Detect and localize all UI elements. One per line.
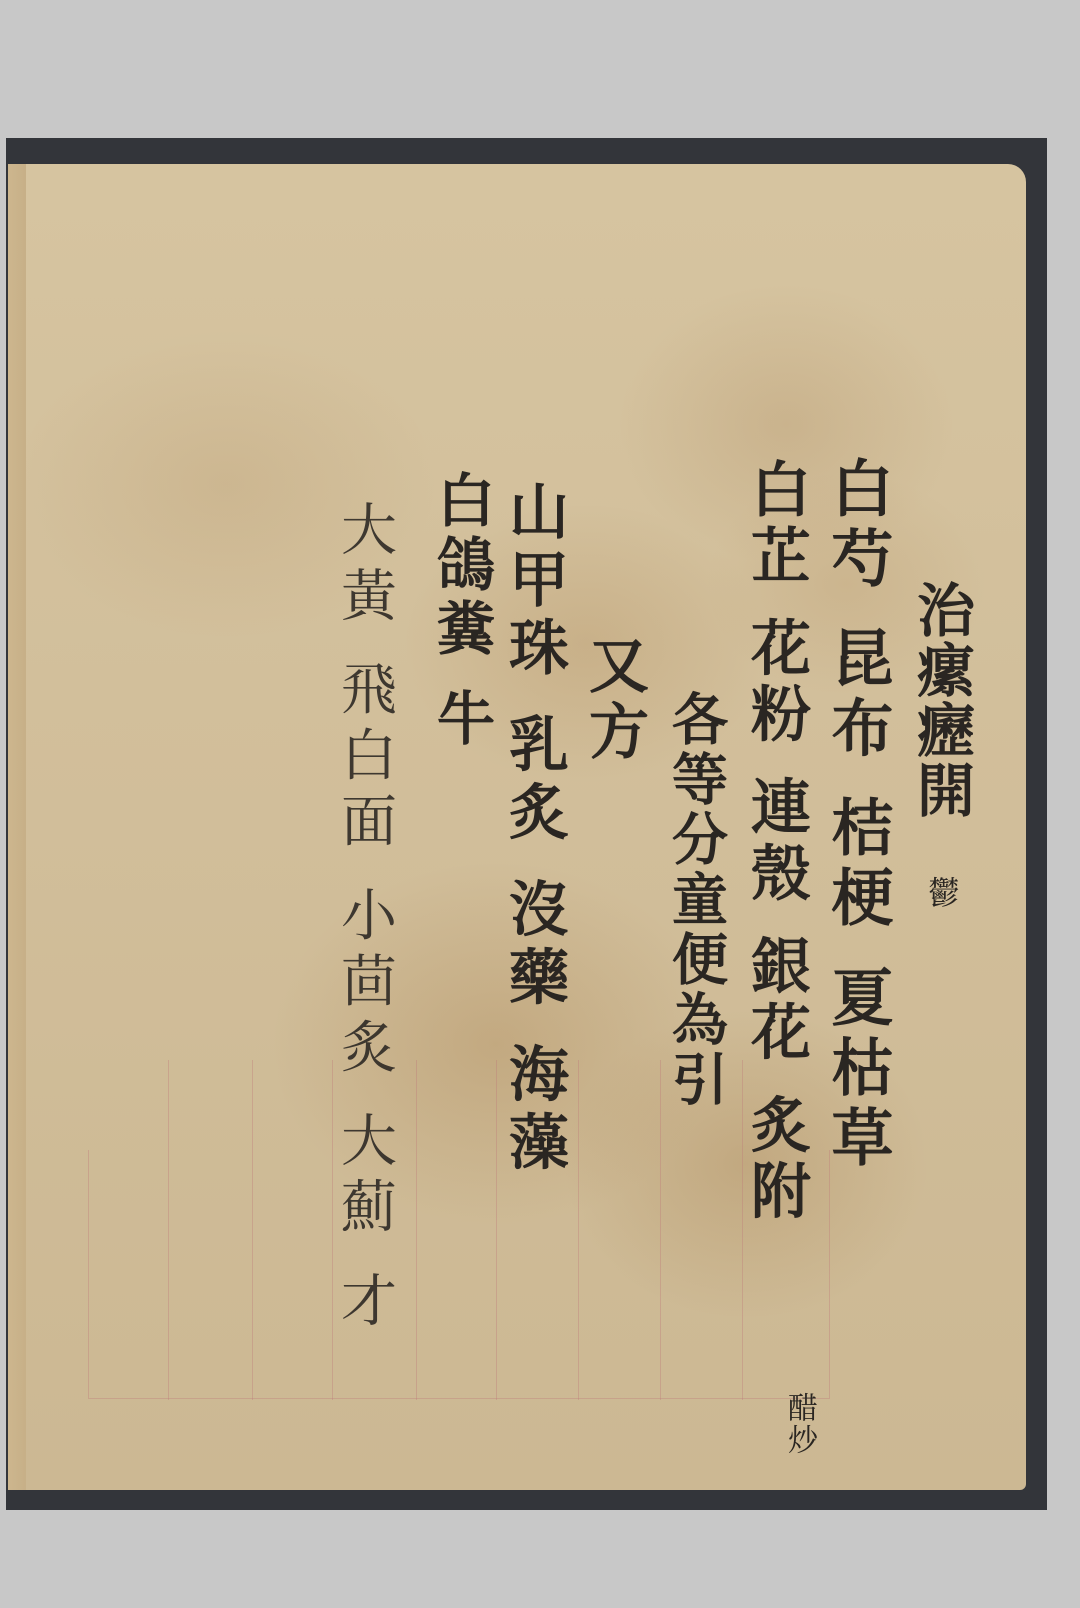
preparation-annotation: 醋炒 [784,1392,814,1456]
ruled-frame [88,1150,830,1399]
ingredient-column: 白芷 花粉 連殼 銀花 炙附 [746,458,806,1226]
recipe-title: 治瘰癧開 [912,580,970,820]
ingredient-column: 白鴿糞 牛 [432,470,490,752]
ingredient-column: 白芍 昆布 桔梗 夏枯草 [826,456,888,1175]
alternate-recipe-heading: 又方 [584,634,644,766]
ingredient-column: 大黃 飛白面 小茴炙 大薊 才 [336,500,392,1337]
title-small-character: 鬱 [926,876,958,910]
ingredient-column: 山甲珠 乳炙 沒藥 海藻 [504,480,564,1179]
dosage-note: 各等分童便為引 [668,690,724,1110]
